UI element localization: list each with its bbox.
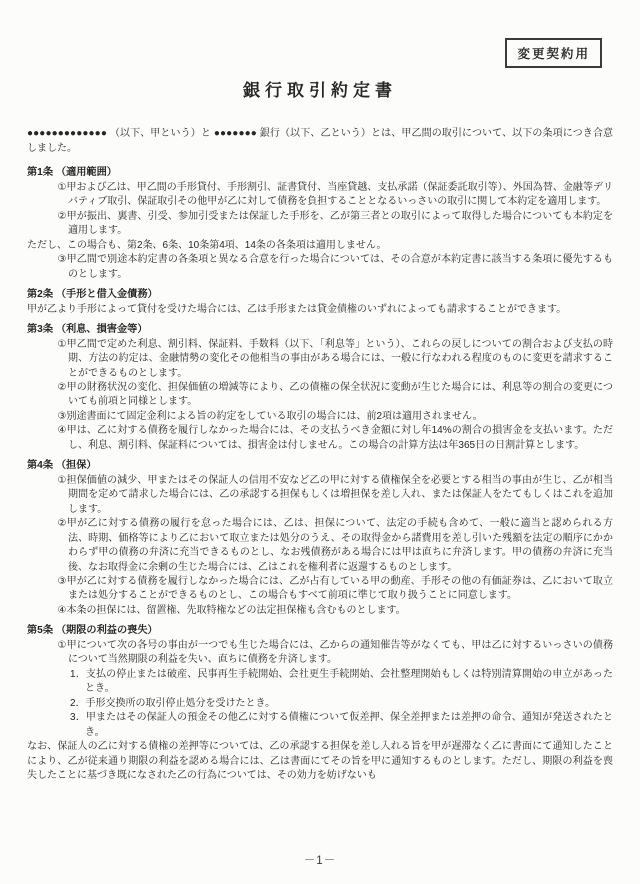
- article-5: 第5条 （期限の利益の喪失） ①甲について次の各号の事由が一つでも生じた場合には…: [27, 624, 613, 783]
- article-1: 第1条 （適用範囲） ①甲および乙は、甲乙間の手形貸付、手形割引、証書貸付、当座…: [27, 166, 613, 282]
- document-body: ●●●●●●●●●●●●● （以下、甲という）と ●●●●●●● 銀行（以下、乙…: [27, 127, 613, 783]
- article-4: 第4条 （担保） ①担保価値の減少、甲またはその保証人の信用不安など乙の甲に対す…: [27, 459, 613, 618]
- article-2-body: 甲が乙より手形によって貸付を受けた場合には、乙は手形または貸金債権のいずれによっ…: [27, 303, 613, 317]
- article-4-clause-4: ④本条の担保には、留置権、先取特権などの法定担保権も含むものとします。: [27, 604, 613, 618]
- article-5-item-2: 2．手形交換所の取引停止処分を受けたとき。: [27, 697, 613, 711]
- article-3-clause-4: ④甲は、乙に対する債務を履行しなかった場合には、その支払うべき金額に対し年14%…: [27, 424, 613, 453]
- document-page: 変更契約用 銀行取引約定書 ●●●●●●●●●●●●● （以下、甲という）と ●…: [0, 0, 640, 884]
- article-4-clause-1: ①担保価値の減少、甲またはその保証人の信用不安など乙の甲に対する債権保全を必要と…: [27, 474, 613, 517]
- article-3-clause-2: ②甲の財務状況の変化、担保価値の増減等により、乙の債権の保全状況に変動が生じた場…: [27, 381, 613, 410]
- article-4-heading: 第4条 （担保）: [27, 459, 613, 474]
- article-5-heading: 第5条 （期限の利益の喪失）: [27, 624, 613, 639]
- article-5-item-1: 1．支払の停止または破産、民事再生手続開始、会社更生手続開始、会社整理開始もしく…: [27, 668, 613, 697]
- article-5-item-3-note: なお、保証人の乙に対する債権の差押等については、乙の承認する担保を差し入れる旨を…: [27, 740, 613, 783]
- article-1-clause-1: ①甲および乙は、甲乙間の手形貸付、手形割引、証書貸付、当座貸越、支払承諾（保証委…: [27, 181, 613, 210]
- article-1-clause-2: ②甲が振出、裏書、引受、参加引受または保証した手形を、乙が第三者との取引によって…: [27, 210, 613, 239]
- article-2: 第2条 （手形と借入金債務） 甲が乙より手形によって貸付を受けた場合には、乙は手…: [27, 288, 613, 317]
- article-3-clause-3: ③別途書面にて固定金利による旨の約定をしている取引の場合には、前2項は適用されま…: [27, 410, 613, 424]
- article-3: 第3条 （利息、損害金等） ①甲乙間で定めた利息、割引料、保証料、手数料（以下、…: [27, 323, 613, 453]
- intro-paragraph: ●●●●●●●●●●●●● （以下、甲という）と ●●●●●●● 銀行（以下、乙…: [27, 127, 613, 156]
- article-1-clause-3: ③甲乙間で別途本約定書の各条項と異なる合意を行った場合については、その合意が本約…: [27, 253, 613, 282]
- article-2-heading: 第2条 （手形と借入金債務）: [27, 288, 613, 303]
- article-1-clause-2-note: ただし、この場合も、第2条、6条、10条第4項、14条の各条項は適用しません。: [27, 239, 613, 253]
- article-5-item-3: 3．甲またはその保証人の預金その他乙に対する債権について仮差押、保全差押または差…: [27, 711, 613, 740]
- stamp-label: 変更契約用: [517, 47, 590, 61]
- article-3-clause-1: ①甲乙間で定めた利息、割引料、保証料、手数料（以下、「利息等」という）、これらの…: [27, 338, 613, 381]
- article-3-heading: 第3条 （利息、損害金等）: [27, 323, 613, 338]
- article-1-heading: 第1条 （適用範囲）: [27, 166, 613, 181]
- article-5-clause-1: ①甲について次の各号の事由が一つでも生じた場合には、乙からの通知催告等がなくても…: [27, 639, 613, 668]
- article-4-clause-2: ②甲が乙に対する債務の履行を怠った場合には、乙は、担保について、法定の手続も含め…: [27, 517, 613, 575]
- stamp-box: 変更契約用: [505, 38, 602, 68]
- article-4-clause-3: ③甲が乙に対する債務を履行しなかった場合には、乙が占有している甲の動産、手形その…: [27, 575, 613, 604]
- page-number: －1－: [0, 852, 640, 868]
